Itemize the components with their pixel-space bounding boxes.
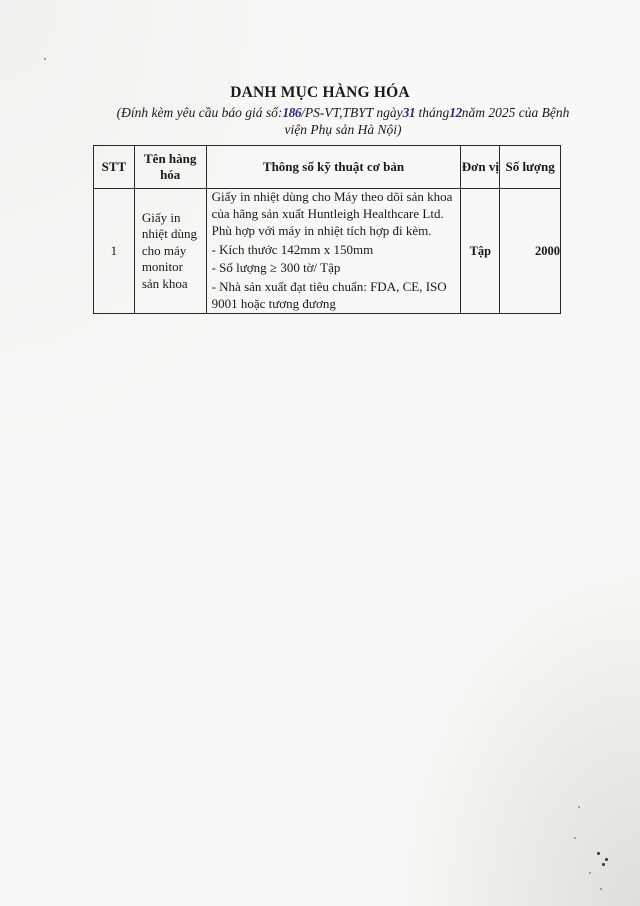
cell-spec: Giấy in nhiệt dùng cho Máy theo dõi sản … xyxy=(206,189,461,314)
scan-speck xyxy=(597,852,600,855)
goods-table: STT Tên hàng hóa Thông số kỹ thuật cơ bả… xyxy=(93,145,561,314)
subtitle-prefix: (Đính kèm yêu cầu báo giá số: xyxy=(117,105,283,120)
cell-stt: 1 xyxy=(94,189,135,314)
scan-speck xyxy=(600,888,602,890)
scan-speck xyxy=(602,863,605,866)
scan-speck xyxy=(44,58,46,60)
table-row: 1 Giấy in nhiệt dùng cho máy monitor sản… xyxy=(94,189,561,314)
spec-intro: Giấy in nhiệt dùng cho Máy theo dõi sản … xyxy=(212,189,457,239)
handwritten-request-number: 186 xyxy=(282,105,301,120)
header-spec: Thông số kỹ thuật cơ bản xyxy=(206,146,461,189)
scan-speck xyxy=(605,858,608,861)
spec-line-size: - Kích thước 142mm x 150mm xyxy=(212,242,457,259)
header-qty: Số lượng xyxy=(500,146,561,189)
header-name: Tên hàng hóa xyxy=(134,146,206,189)
scan-speck xyxy=(589,872,591,874)
spec-line-quantity: - Số lượng ≥ 300 tờ/ Tập xyxy=(212,260,457,277)
cell-name-text: Giấy in nhiệt dùng cho máy monitor sản k… xyxy=(135,210,206,293)
cell-unit: Tập xyxy=(461,189,500,314)
document-subtitle: (Đính kèm yêu cầu báo giá số:186/PS-VT,T… xyxy=(108,104,578,138)
spec-line-standard: - Nhà sản xuất đạt tiêu chuẩn: FDA, CE, … xyxy=(212,279,457,313)
document-title: DANH MỤC HÀNG HÓA xyxy=(0,84,640,102)
header-stt: STT xyxy=(94,146,135,189)
scan-speck xyxy=(574,837,576,839)
table-header-row: STT Tên hàng hóa Thông số kỹ thuật cơ bả… xyxy=(94,146,561,189)
header-unit: Đơn vị xyxy=(461,146,500,189)
scan-speck xyxy=(578,806,580,808)
cell-qty: 2000 xyxy=(500,189,561,314)
handwritten-day: 31 xyxy=(403,105,416,120)
subtitle-month-label: tháng xyxy=(415,105,449,120)
subtitle-ref: /PS-VT,TBYT ngày xyxy=(301,105,403,120)
cell-name: Giấy in nhiệt dùng cho máy monitor sản k… xyxy=(134,189,206,314)
handwritten-month: 12 xyxy=(449,105,462,120)
